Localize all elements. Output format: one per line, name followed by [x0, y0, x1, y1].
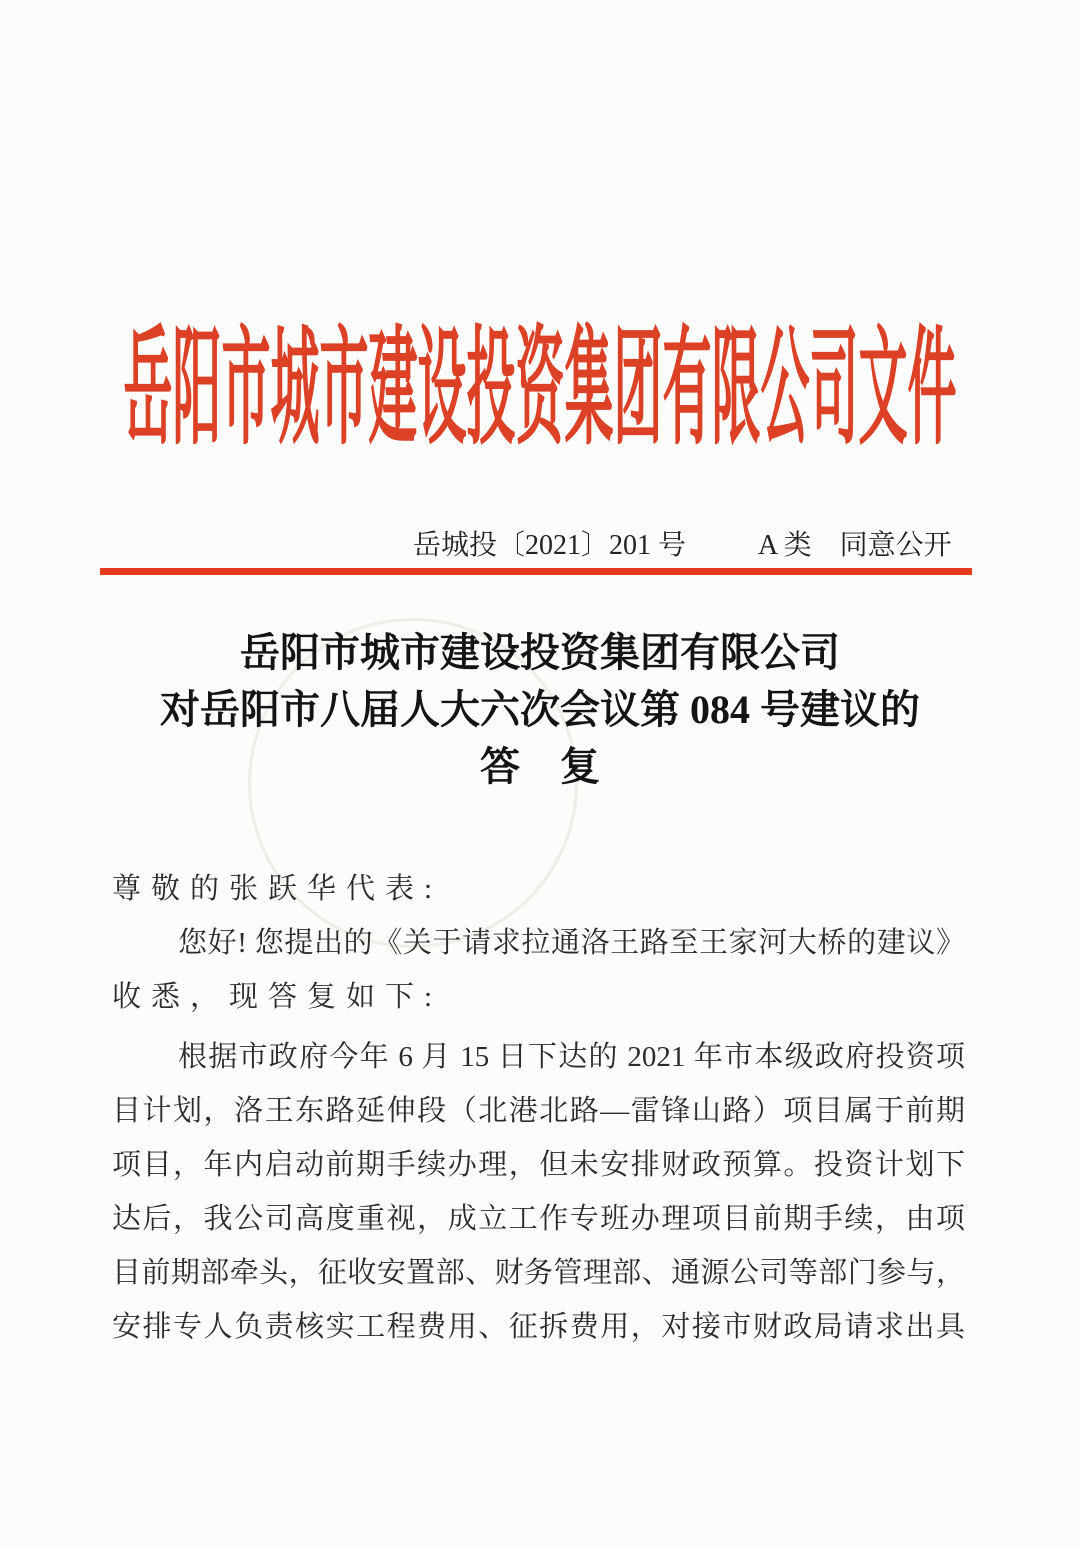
title-line-2: 对岳阳市八届人大六次会议第 084 号建议的 [0, 681, 1080, 738]
title-line-3: 答 复 [0, 738, 1080, 795]
body-line: 目前期部牵头，征收安置部、财务管理部、通源公司等部门参与， [112, 1246, 965, 1300]
classification-label: A 类 同意公开 [758, 527, 952, 565]
doc-number: 岳城投〔2021〕201 号 [413, 527, 686, 565]
salutation: 尊敬的张跃华代表: [112, 862, 965, 916]
body-line: 目计划，洛王东路延伸段（北港北路—雷锋山路）项目属于前期 [112, 1084, 965, 1138]
body-line: 您好! 您提出的《关于请求拉通洛王路至王家河大桥的建议》 [112, 916, 965, 970]
red-header-banner: 岳阳市城市建设投资集团有限公司文件 [0, 288, 1080, 358]
body-line: 安排专人负责核实工程费用、征拆费用，对接市财政局请求出具 [112, 1300, 965, 1354]
document-page: 岳阳市城市建设投资集团有限公司文件 岳城投〔2021〕201 号 A 类 同意公… [0, 0, 1080, 1546]
body-line: 收悉，现答复如下: [112, 970, 965, 1024]
red-divider-line [100, 568, 972, 575]
body-line: 根据市政府今年 6 月 15 日下达的 2021 年市本级政府投资项 [112, 1030, 965, 1084]
doc-number-row: 岳城投〔2021〕201 号 A 类 同意公开 [0, 527, 1080, 565]
body-line: 达后，我公司高度重视，成立工作专班办理项目前期手续，由项 [112, 1192, 965, 1246]
document-title: 岳阳市城市建设投资集团有限公司 对岳阳市八届人大六次会议第 084 号建议的 答… [0, 624, 1080, 795]
body-line: 项目，年内启动前期手续办理，但未安排财政预算。投资计划下 [112, 1138, 965, 1192]
title-line-1: 岳阳市城市建设投资集团有限公司 [0, 624, 1080, 681]
document-body: 尊敬的张跃华代表: 您好! 您提出的《关于请求拉通洛王路至王家河大桥的建议》 收… [112, 862, 965, 1354]
red-header-title: 岳阳市城市建设投资集团有限公司文件 [123, 288, 956, 471]
